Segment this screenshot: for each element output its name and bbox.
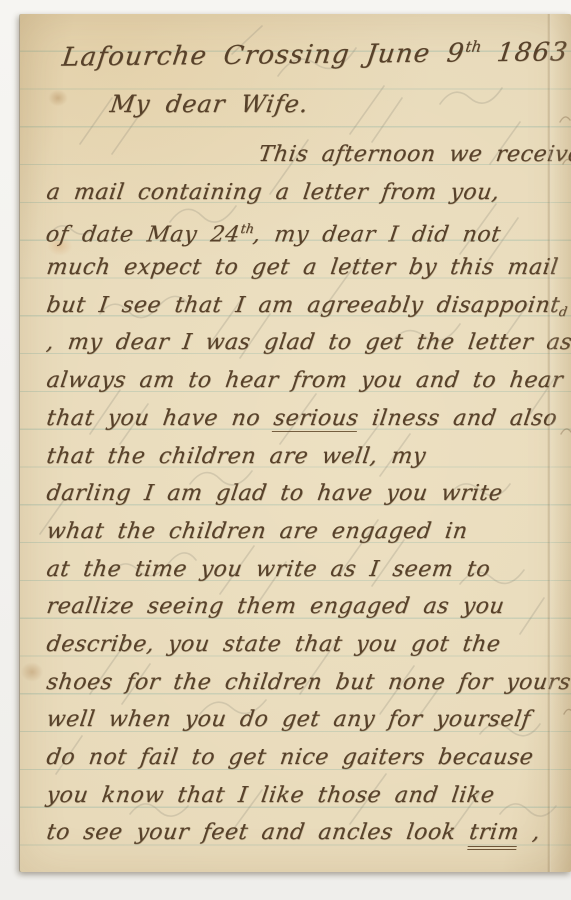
letter-line: shoes for the children but none for your… <box>44 664 570 702</box>
letter-line: reallize seeing them engaged as you <box>44 588 570 626</box>
text-segment: This afternoon we received <box>257 142 571 167</box>
letter-line: do not fail to get nice gaiters because <box>44 739 570 777</box>
text-segment: at the time you write as I seem to <box>45 557 492 582</box>
letter-line: , my dear I was glad to get the letter a… <box>44 324 570 362</box>
text-segment: do not fail to get nice gaiters because <box>45 745 535 770</box>
text-segment: , <box>517 820 542 845</box>
text-segment: of date May 24 <box>44 223 241 248</box>
text-segment: Lafourche Crossing June 9 <box>60 38 466 72</box>
letter-text: Lafourche Crossing June 9th 1863 My dear… <box>20 14 571 872</box>
text-segment: that you have no <box>45 406 276 431</box>
text-segment: well when you do get any for yourself <box>45 707 532 732</box>
letter-paper: Lafourche Crossing June 9th 1863 My dear… <box>20 14 571 872</box>
text-segment: describe, you state that you got the <box>45 632 502 657</box>
salutation: My dear Wife. <box>106 90 571 134</box>
letter-line: well when you do get any for yourself <box>44 701 570 739</box>
text-segment: darling I am glad to have you write <box>45 481 504 506</box>
text-segment: what the children are engaged in <box>45 519 469 544</box>
text-segment: , my dear I was glad to get the letter a… <box>45 330 571 355</box>
letter-line: that the children are well, my <box>44 438 570 476</box>
text-segment: ilness and also <box>357 406 559 431</box>
letter-line: This afternoon we received <box>256 136 570 174</box>
text-segment: to see your feet and ancles look <box>45 820 471 845</box>
scan-background: Lafourche Crossing June 9th 1863 My dear… <box>0 0 571 900</box>
text-segment: a mail containing a letter from you, <box>45 180 501 205</box>
text-segment: reallize seeing them engaged as you <box>45 594 506 619</box>
letter-line: to see your feet and ancles look trim , <box>44 814 570 852</box>
text-segment: but I see that I am agreeably disappoint <box>45 293 562 318</box>
text-segment: shoes for the children but none for your… <box>45 670 571 695</box>
letter-line: describe, you state that you got the <box>44 626 570 664</box>
letter-line: at the time you write as I seem to <box>44 551 570 589</box>
letter-line: but I see that I am agreeably disappoint… <box>44 287 570 325</box>
letter-line: darling I am glad to have you write <box>44 475 570 513</box>
second-page-edge <box>551 14 571 872</box>
text-segment: you know that I like those and like <box>45 783 496 808</box>
letter-line: always am to hear from you and to hear <box>44 362 570 400</box>
text-segment: always am to hear from you and to hear <box>45 368 565 393</box>
dateline: Lafourche Crossing June 9th 1863 <box>58 37 571 90</box>
letter-line: what the children are engaged in <box>44 513 570 551</box>
letter-body: This afternoon we receiveda mail contain… <box>44 136 565 852</box>
text-segment: that the children are well, my <box>45 444 428 469</box>
text-segment: much expect to get a letter by this mail <box>45 255 560 280</box>
letter-line: much expect to get a letter by this mail <box>44 249 570 287</box>
letter-line: you know that I like those and like <box>44 777 570 815</box>
letter-scan-page: { "document": { "colors": { "ink": "#574… <box>0 0 571 900</box>
letter-line: of date May 24th, my dear I did not <box>44 211 570 249</box>
text-segment: serious <box>272 406 360 432</box>
letter-line: a mail containing a letter from you, <box>44 174 570 212</box>
text-segment: , my dear I did not <box>251 223 502 248</box>
letter-line: that you have no serious ilness and also <box>44 400 570 438</box>
text-segment: trim <box>467 820 521 850</box>
